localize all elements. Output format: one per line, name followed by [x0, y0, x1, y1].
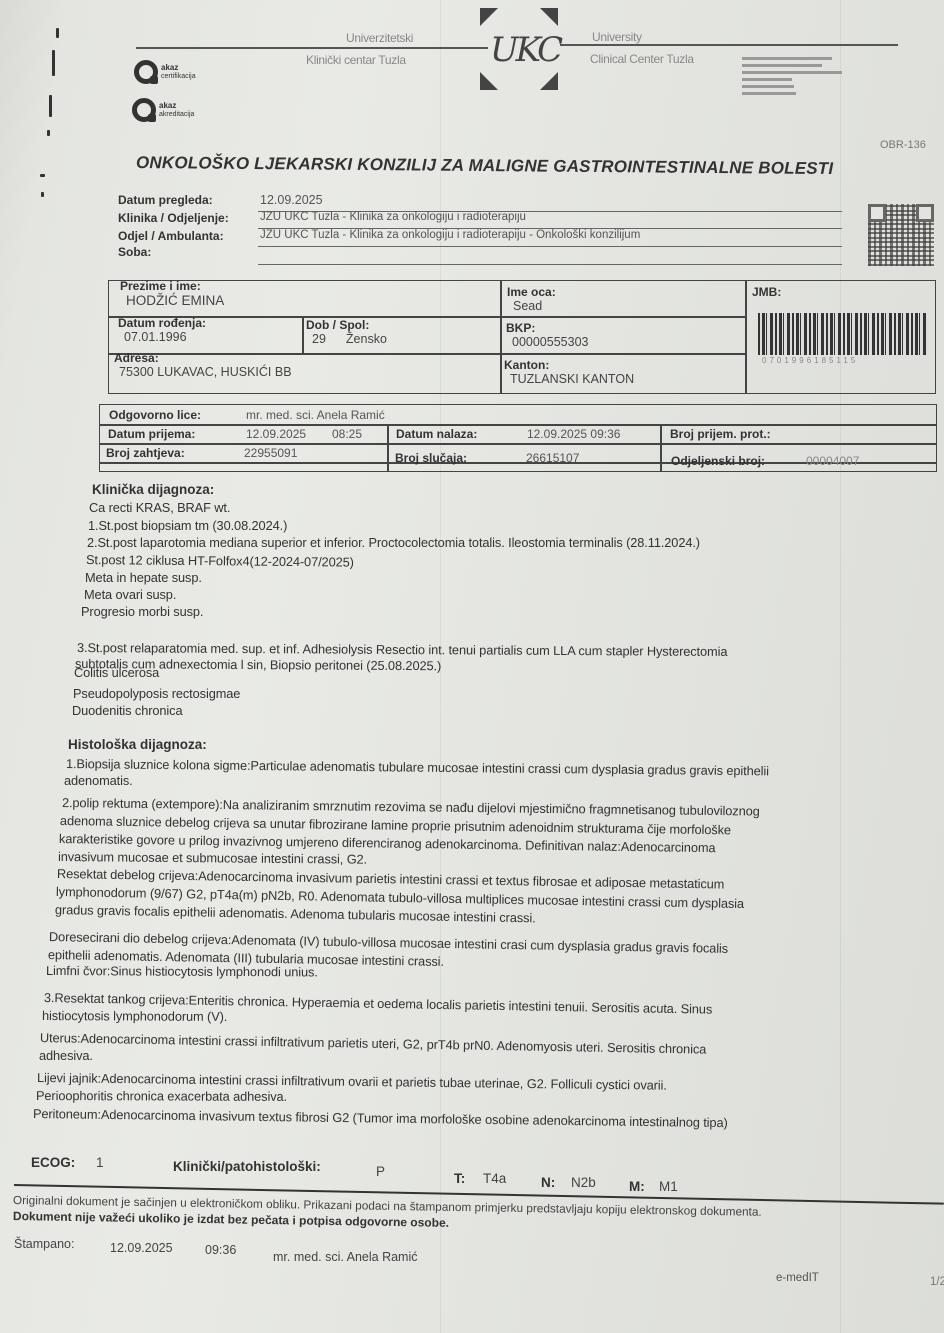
m-label: M: — [629, 1179, 645, 1194]
histological-diagnosis-line: 1.Biopsija sluznice kolona sigme:Particu… — [66, 756, 769, 778]
paper-fold — [840, 0, 841, 1333]
akaz-certification-badge: akazcertifikacija — [134, 60, 196, 84]
clinical-diagnosis-line: 2.St.post laparotomia mediana superior e… — [87, 535, 700, 550]
printed-by: mr. med. sci. Anela Ramić — [273, 1250, 418, 1264]
meta-label: Datum pregleda: — [118, 193, 213, 207]
page-number: 1/2 — [930, 1276, 944, 1288]
result-date-value: 12.09.2025 09:36 — [527, 427, 620, 441]
form-code: OBR-136 — [880, 139, 926, 151]
badge-line2: certifikacija — [161, 72, 196, 81]
meta-value: JZU UKC Tuzla - Klinika za onkologiju i … — [260, 229, 640, 241]
meta-value: 12.09.2025 — [260, 193, 323, 207]
system-name: e-medIT — [776, 1272, 819, 1284]
histological-diagnosis-line: adenomatis. — [64, 773, 133, 788]
request-no-label: Broj zahtjeva: — [106, 446, 185, 460]
case-no-label: Broj slučaja: — [395, 451, 467, 465]
father-name-label: Ime oca: — [507, 285, 556, 299]
dob-value: 07.01.1996 — [124, 330, 206, 344]
patient-name-cell: Prezime i ime: HODŽIĆ EMINA — [120, 279, 224, 308]
responsible-value: mr. med. sci. Anela Ramić — [246, 408, 385, 422]
bkp-cell: BKP: 00000555303 — [506, 321, 588, 349]
request-no-value: 22955091 — [244, 446, 297, 460]
histological-diagnosis-line: Peritoneum:Adenocarcinoma invasivum text… — [33, 1106, 728, 1130]
clinical-diagnosis-title: Klinička dijagnoza: — [92, 482, 214, 497]
meta-underline — [258, 264, 842, 265]
protocol-label: Broj prijem. prot.: — [670, 427, 771, 441]
admission-row-responsible: Odgovorno lice: mr. med. sci. Anela Rami… — [100, 407, 936, 424]
admit-date-value: 12.09.2025 — [246, 427, 306, 441]
n-label: N: — [541, 1175, 555, 1190]
clinical-diagnosis-line: Pseudopolyposis rectosigmae — [73, 686, 240, 701]
margin-mark — [41, 192, 44, 197]
badge-line1: akaz — [159, 101, 194, 110]
canton-label: Kanton: — [504, 358, 634, 372]
ukc-logo: UKC — [476, 6, 562, 92]
printed-label: Štampano: — [14, 1237, 74, 1251]
histological-diagnosis-line: Uterus:Adenocarcinoma intestini crassi i… — [40, 1030, 706, 1057]
dob-label: Datum rođenja: — [118, 316, 206, 330]
clinical-diagnosis-line: Colitis ulcerosa — [74, 665, 159, 680]
printed-time: 09:36 — [205, 1243, 236, 1257]
header-rule-right — [560, 44, 898, 46]
t-label: T: — [454, 1171, 465, 1186]
jmb-barcode-digits: 0701996185115 — [762, 356, 858, 365]
clinical-diagnosis-line: Meta ovari susp. — [84, 587, 176, 602]
histological-diagnosis-line: adhesiva. — [39, 1048, 93, 1063]
age-sex-cell: Dob / Spol: 29Žensko — [306, 318, 387, 346]
table-divider — [500, 281, 502, 393]
address-cell: Adresa: 75300 LUKAVAC, HUSKIĆI BB — [114, 351, 292, 379]
document-page: Univerzitetski Klinički centar Tuzla Uni… — [0, 0, 944, 1333]
meta-label: Soba: — [118, 245, 151, 259]
clinical-diagnosis-line: Meta in hepate susp. — [85, 570, 202, 585]
jmb-label: JMB: — [752, 285, 781, 299]
margin-mark — [56, 28, 59, 38]
result-date-label: Datum nalaza: — [396, 427, 477, 441]
jmb-cell: JMB: — [752, 285, 781, 299]
staging-type-label: Klinički/patohistološki: — [173, 1159, 321, 1174]
canton-value: TUZLANSKI KANTON — [510, 372, 634, 386]
address-label: Adresa: — [114, 351, 292, 365]
clinical-diagnosis-line: St.post 12 ciklusa HT-Folfox4(12-2024-07… — [86, 552, 354, 570]
institution-en-line2: Clinical Center Tuzla — [590, 52, 694, 66]
dept-no-value: 00004007 — [806, 454, 859, 468]
address-value: 75300 LUKAVAC, HUSKIĆI BB — [119, 365, 292, 379]
staging-type-value: P — [376, 1164, 385, 1179]
table-divider — [745, 281, 747, 393]
ecog-label: ECOG: — [31, 1155, 75, 1170]
admission-row-numbers: Broj zahtjeva: 22955091 Broj slučaja: 26… — [100, 445, 936, 462]
clinical-diagnosis-line: 1.St.post biopsiam tm (30.08.2024.) — [88, 518, 287, 533]
margin-mark — [52, 50, 55, 76]
margin-mark — [40, 174, 45, 177]
institution-en-line1: University — [592, 30, 642, 44]
akaz-accreditation-badge: akazakreditacija — [132, 98, 194, 122]
institution-address-block — [742, 55, 842, 99]
dept-no-label: Odjeljenski broj: — [671, 454, 765, 468]
jmb-barcode-icon — [758, 313, 928, 355]
clinical-diagnosis-line: Duodenitis chronica — [72, 703, 183, 718]
responsible-label: Odgovorno lice: — [109, 408, 201, 422]
age-value: 29 — [312, 332, 326, 346]
meta-underline — [258, 246, 842, 247]
bkp-value: 00000555303 — [512, 335, 588, 349]
dob-cell: Datum rođenja: 07.01.1996 — [118, 316, 206, 344]
age-sex-label: Dob / Spol: — [306, 318, 387, 332]
qr-code-icon — [868, 204, 934, 266]
akaz-q-logo-icon — [132, 98, 156, 122]
histological-diagnosis-title: Histološka dijagnoza: — [68, 737, 207, 752]
patient-name: HODŽIĆ EMINA — [126, 293, 224, 308]
logo-text: UKC — [490, 30, 560, 70]
clinical-diagnosis-line: Progresio morbi susp. — [81, 604, 203, 619]
histological-diagnosis-line: Perioophoritis chronica exacerbata adhes… — [36, 1088, 287, 1104]
table-divider — [302, 316, 304, 354]
admit-date-label: Datum prijema: — [108, 427, 195, 441]
sex-value: Žensko — [346, 332, 387, 346]
admit-time-value: 08:25 — [332, 427, 362, 441]
meta-label: Klinika / Odjeljenje: — [118, 211, 229, 225]
admission-row-dates: Datum prijema: 12.09.2025 08:25 Datum na… — [100, 426, 936, 443]
institution-bs-line1: Univerzitetski — [346, 31, 413, 45]
n-value: N2b — [571, 1175, 596, 1190]
badge-line2: akreditacija — [159, 110, 194, 119]
canton-cell: Kanton: TUZLANSKI KANTON — [504, 358, 634, 386]
patient-name-label: Prezime i ime: — [120, 279, 224, 293]
ecog-value: 1 — [96, 1155, 104, 1170]
m-value: M1 — [659, 1179, 678, 1194]
institution-bs-line2: Klinički centar Tuzla — [306, 53, 406, 67]
histological-diagnosis-line: invasivum mucosae et submucosae intestin… — [58, 849, 367, 867]
clinical-diagnosis-line: Ca recti KRAS, BRAF wt. — [89, 500, 230, 515]
document-title: ONKOLOŠKO LJEKARSKI KONZILIJ ZA MALIGNE … — [136, 153, 833, 179]
t-value: T4a — [483, 1171, 506, 1186]
father-name: Sead — [513, 299, 556, 313]
margin-mark — [49, 95, 52, 117]
bkp-label: BKP: — [506, 321, 588, 335]
histological-diagnosis-line: histiocytosis lymphonodorum (V). — [42, 1008, 227, 1024]
case-no-value: 26615107 — [526, 451, 579, 465]
printed-date: 12.09.2025 — [110, 1241, 173, 1255]
histological-diagnosis-line: Limfni čvor:Sinus histiocytosis lymphono… — [46, 963, 318, 979]
father-name-cell: Ime oca: Sead — [507, 285, 556, 313]
header-rule-left — [136, 47, 488, 49]
akaz-q-logo-icon — [134, 60, 158, 84]
meta-value: JZU UKC Tuzla - Klinika za onkologiju i … — [260, 211, 526, 223]
badge-line1: akaz — [161, 63, 196, 72]
meta-label: Odjel / Ambulanta: — [118, 229, 224, 243]
margin-mark — [47, 130, 50, 136]
